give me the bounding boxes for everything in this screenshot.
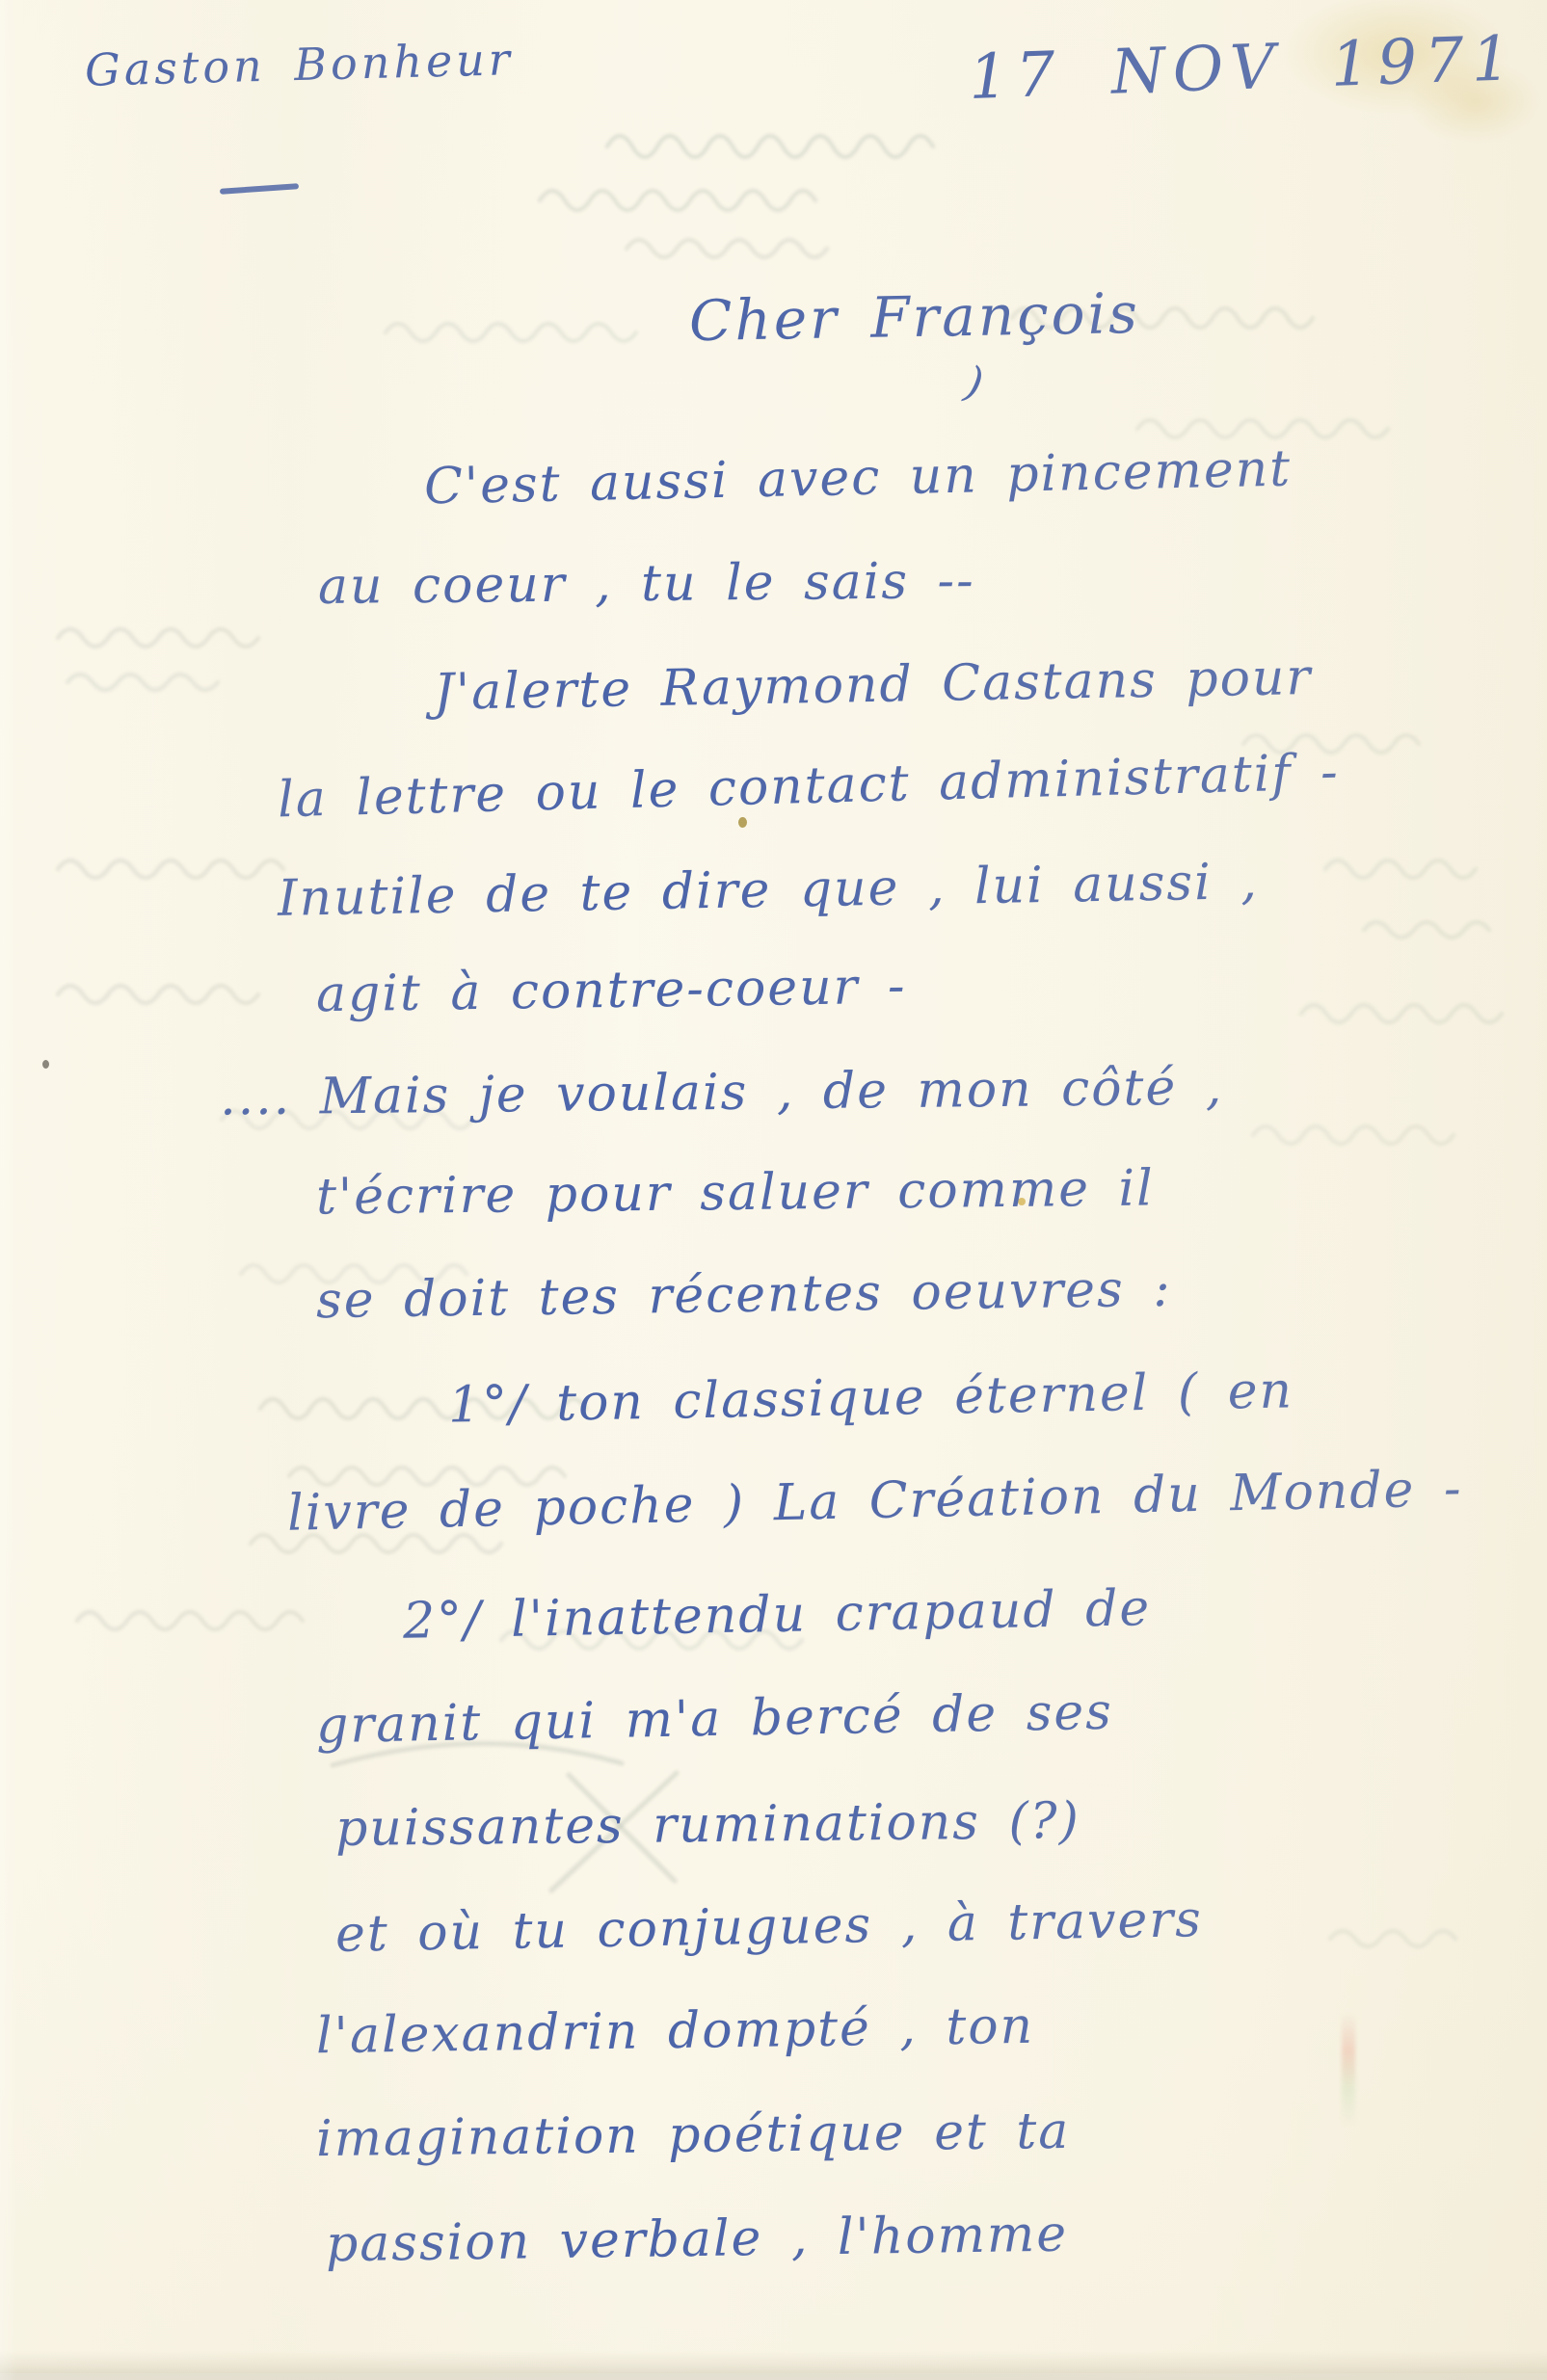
handwritten-line: imagination poétique et ta: [316, 2106, 1071, 2164]
handwritten-line: l'alexandrin dompté , ton: [316, 2001, 1035, 2061]
handwritten-line: t'écrire pour saluer comme il: [316, 1163, 1155, 1222]
ink-speck: [42, 1060, 49, 1069]
author-underline-stroke: [220, 183, 299, 195]
handwritten-line: Inutile de te dire que , lui aussi ,: [278, 857, 1260, 924]
handwritten-line: C'est aussi avec un pincement: [424, 444, 1293, 513]
handwritten-line: au coeur , tu le sais --: [318, 556, 975, 612]
handwritten-line: puissantes ruminations (?): [335, 1796, 1080, 1854]
author-name: Gaston Bonheur: [84, 33, 514, 96]
handwritten-line: et où tu conjugues , à travers: [335, 1894, 1204, 1960]
ink-speck: [738, 817, 747, 828]
color-smudge: [1342, 2012, 1355, 2128]
handwritten-line: la lettre ou le contact administratif -: [278, 748, 1341, 826]
scanner-edge-strip: [0, 2373, 1547, 2380]
handwritten-line: se doit tes récentes oeuvres :: [316, 1264, 1172, 1326]
page-bottom-shadow: [0, 2351, 1547, 2380]
handwritten-line: livre de poche ) La Création du Monde -: [287, 1464, 1463, 1539]
salutation: Cher François: [688, 280, 1140, 354]
handwritten-line: granit qui m'a bercé de ses: [316, 1687, 1114, 1751]
handwritten-line: J'alerte Raymond Castans pour: [434, 652, 1313, 718]
handwritten-line: agit à contre-coeur -: [316, 962, 907, 1020]
letter-page: Gaston Bonheur 17 NOV 1971 Cher François…: [0, 0, 1547, 2380]
handwritten-line: 1°/ ton classique éternel ( en: [448, 1365, 1294, 1430]
handwritten-line: 2°/ l'inattendu crapaud de: [403, 1583, 1152, 1647]
cedilla-stroke: ): [961, 357, 989, 410]
handwritten-line: .... Mais je voulais , de mon côté ,: [220, 1063, 1224, 1124]
letter-date: 17 NOV 1971: [968, 23, 1520, 114]
handwritten-line: passion verbale , l'homme: [326, 2209, 1069, 2270]
